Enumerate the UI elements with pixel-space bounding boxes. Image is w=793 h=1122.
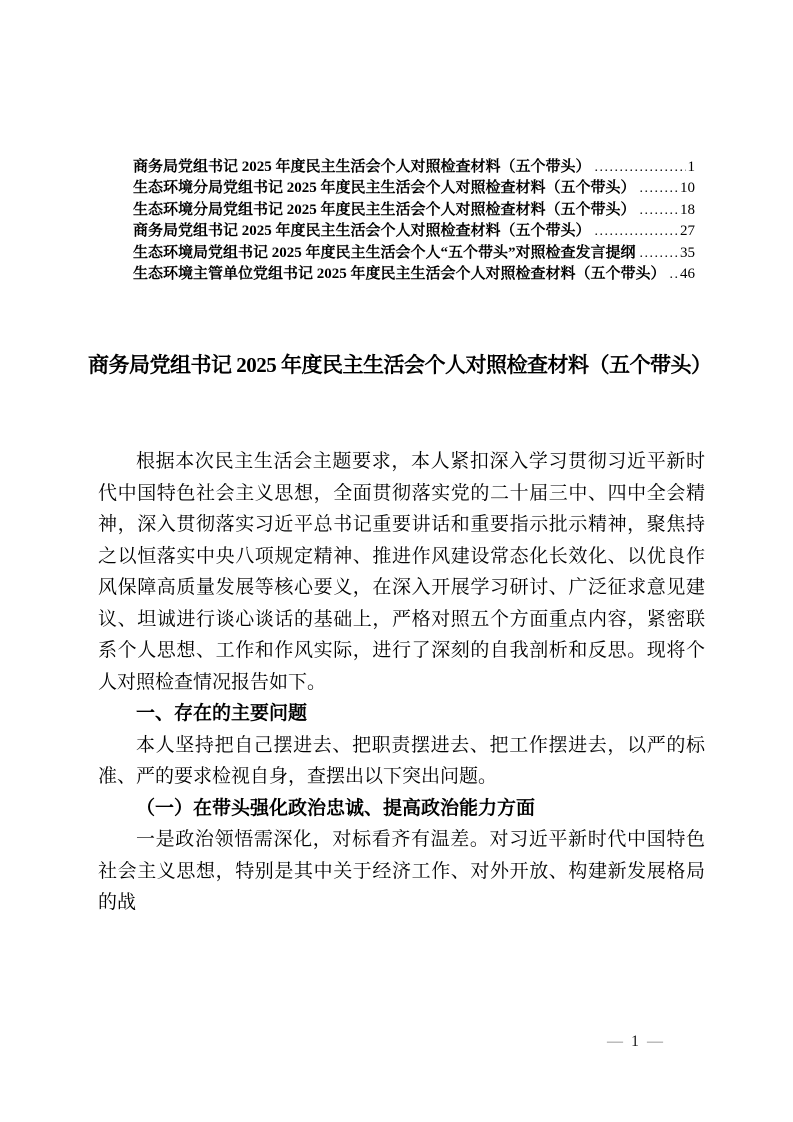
- toc-entry-page-number: 27: [680, 221, 695, 242]
- document-body: 根据本次民主生活会主题要求，本人紧扣深入学习贯彻习近平新时代中国特色社会主义思想…: [98, 446, 705, 919]
- toc-dot-leader: [595, 221, 678, 242]
- page-number: 1: [623, 1033, 647, 1050]
- toc-entry-page-number: 46: [680, 264, 695, 285]
- toc-dot-leader: [640, 200, 678, 221]
- toc-entry[interactable]: 生态环境分局党组书记 2025 年度民主生活会个人对照检查材料（五个带头） 10: [133, 178, 695, 199]
- document-page: 商务局党组书记 2025 年度民主生活会个人对照检查材料（五个带头） 1 生态环…: [0, 0, 793, 1122]
- page-footer: —1—: [585, 1031, 685, 1053]
- page-number-left-dash: —: [607, 1033, 623, 1050]
- toc-entry-page-number: 35: [680, 243, 695, 264]
- toc-dot-leader: [595, 157, 686, 178]
- section-heading-main-problems: 一、存在的主要问题: [98, 698, 705, 730]
- subsection-heading-political-loyalty: （一）在带头强化政治忠诚、提高政治能力方面: [98, 793, 705, 825]
- toc-entry[interactable]: 生态环境分局党组书记 2025 年度民主生活会个人对照检查材料（五个带头） 18: [133, 200, 695, 221]
- toc-entry[interactable]: 生态环境主管单位党组书记 2025 年度民主生活会个人对照检查材料（五个带头） …: [133, 264, 695, 285]
- toc-entry[interactable]: 商务局党组书记 2025 年度民主生活会个人对照检查材料（五个带头） 27: [133, 221, 695, 242]
- table-of-contents: 商务局党组书记 2025 年度民主生活会个人对照检查材料（五个带头） 1 生态环…: [133, 157, 695, 285]
- toc-entry[interactable]: 商务局党组书记 2025 年度民主生活会个人对照检查材料（五个带头） 1: [133, 157, 695, 178]
- toc-entry-label: 生态环境局党组书记 2025 年度民主生活会个人“五个带头”对照检查发言提纲: [133, 243, 636, 264]
- toc-entry-label: 生态环境分局党组书记 2025 年度民主生活会个人对照检查材料（五个带头）: [133, 200, 636, 221]
- document-title: 商务局党组书记 2025 年度民主生活会个人对照检查材料（五个带头）: [88, 348, 705, 382]
- subsection-body-paragraph: 一是政治领悟需深化，对标看齐有温差。对习近平新时代中国特色社会主义思想，特别是其…: [98, 824, 705, 919]
- toc-dot-leader: [640, 178, 678, 199]
- toc-entry-page-number: 10: [680, 178, 695, 199]
- intro-paragraph: 根据本次民主生活会主题要求，本人紧扣深入学习贯彻习近平新时代中国特色社会主义思想…: [98, 446, 705, 698]
- toc-dot-leader: [640, 243, 678, 264]
- section-intro-paragraph: 本人坚持把自己摆进去、把职责摆进去、把工作摆进去，以严的标准、严的要求检视自身，…: [98, 730, 705, 793]
- toc-entry-label: 商务局党组书记 2025 年度民主生活会个人对照检查材料（五个带头）: [133, 157, 591, 178]
- toc-entry[interactable]: 生态环境局党组书记 2025 年度民主生活会个人“五个带头”对照检查发言提纲 3…: [133, 243, 695, 264]
- toc-entry-page-number: 18: [680, 200, 695, 221]
- page-number-right-dash: —: [647, 1033, 663, 1050]
- toc-entry-page-number: 1: [688, 157, 696, 178]
- toc-entry-label: 生态环境主管单位党组书记 2025 年度民主生活会个人对照检查材料（五个带头）: [133, 264, 666, 285]
- toc-dot-leader: [670, 264, 678, 285]
- toc-entry-label: 生态环境分局党组书记 2025 年度民主生活会个人对照检查材料（五个带头）: [133, 178, 636, 199]
- toc-entry-label: 商务局党组书记 2025 年度民主生活会个人对照检查材料（五个带头）: [133, 221, 591, 242]
